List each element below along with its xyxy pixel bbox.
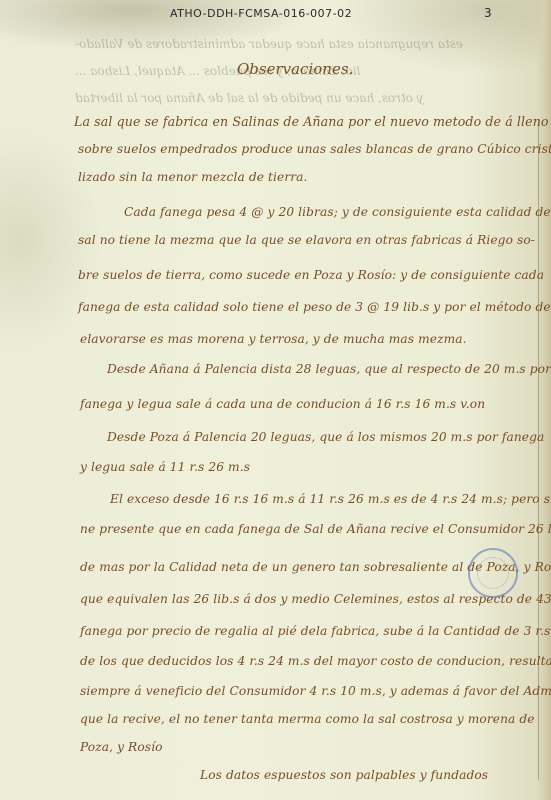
text-line: siempre á veneficio del Consumidor 4 r.s… — [80, 684, 551, 698]
text-line: que la recive, el no tener tanta merma c… — [80, 712, 535, 726]
text-line: Los datos espuestos son palpables y fund… — [200, 768, 488, 782]
text-line: fanega y legua sale á cada una de conduc… — [80, 397, 485, 411]
text-line: fanega de esta calidad solo tiene el pes… — [78, 300, 551, 314]
text-line: y legua sale á 11 r.s 26 m.s — [80, 460, 250, 474]
archive-id: ATHO-DDH-FCMSA-016-007-02 — [170, 7, 352, 20]
text-line: Desde Poza á Palencia 20 leguas, que á l… — [107, 430, 544, 444]
document-title: Observaciones. — [237, 60, 353, 78]
archive-stamp-inner-ring — [477, 557, 509, 589]
text-line: de los que deducidos los 4 r.s 24 m.s de… — [80, 654, 551, 668]
text-line: sal no tiene la mezma que la que se elav… — [78, 233, 535, 247]
text-line: El exceso desde 16 r.s 16 m.s á 11 r.s 2… — [110, 492, 551, 506]
text-line: sobre suelos empedrados produce unas sal… — [78, 142, 551, 156]
text-line: ne presente que en cada fanega de Sal de… — [80, 522, 551, 536]
text-line: bre suelos de tierra, como sucede en Poz… — [78, 268, 544, 282]
text-line: elavorarse es mas morena y terrosa, y de… — [80, 332, 467, 346]
text-line: Cada fanega pesa 4 @ y 20 libras; y de c… — [124, 205, 551, 219]
bleed-through-text: esta repugnancia esta hace quedar admini… — [75, 37, 463, 51]
archive-stamp — [468, 548, 518, 598]
text-line: Desde Añana á Palencia dista 28 leguas, … — [107, 362, 551, 376]
page-number: 3 — [484, 6, 492, 20]
text-line: lizado sin la menor mezcla de tierra. — [78, 170, 308, 184]
text-line: fanega por precio de regalia al pié dela… — [80, 624, 551, 638]
text-line: La sal que se fabrica en Salinas de Añan… — [74, 114, 549, 129]
manuscript-page: ATHO-DDH-FCMSA-016-007-02 3 esta repugna… — [0, 0, 551, 800]
page-edge-line — [538, 120, 539, 780]
text-line: Poza, y Rosío — [80, 740, 163, 754]
bleed-through-text: y otros, hace un pedido de la sal de Aña… — [75, 91, 424, 105]
